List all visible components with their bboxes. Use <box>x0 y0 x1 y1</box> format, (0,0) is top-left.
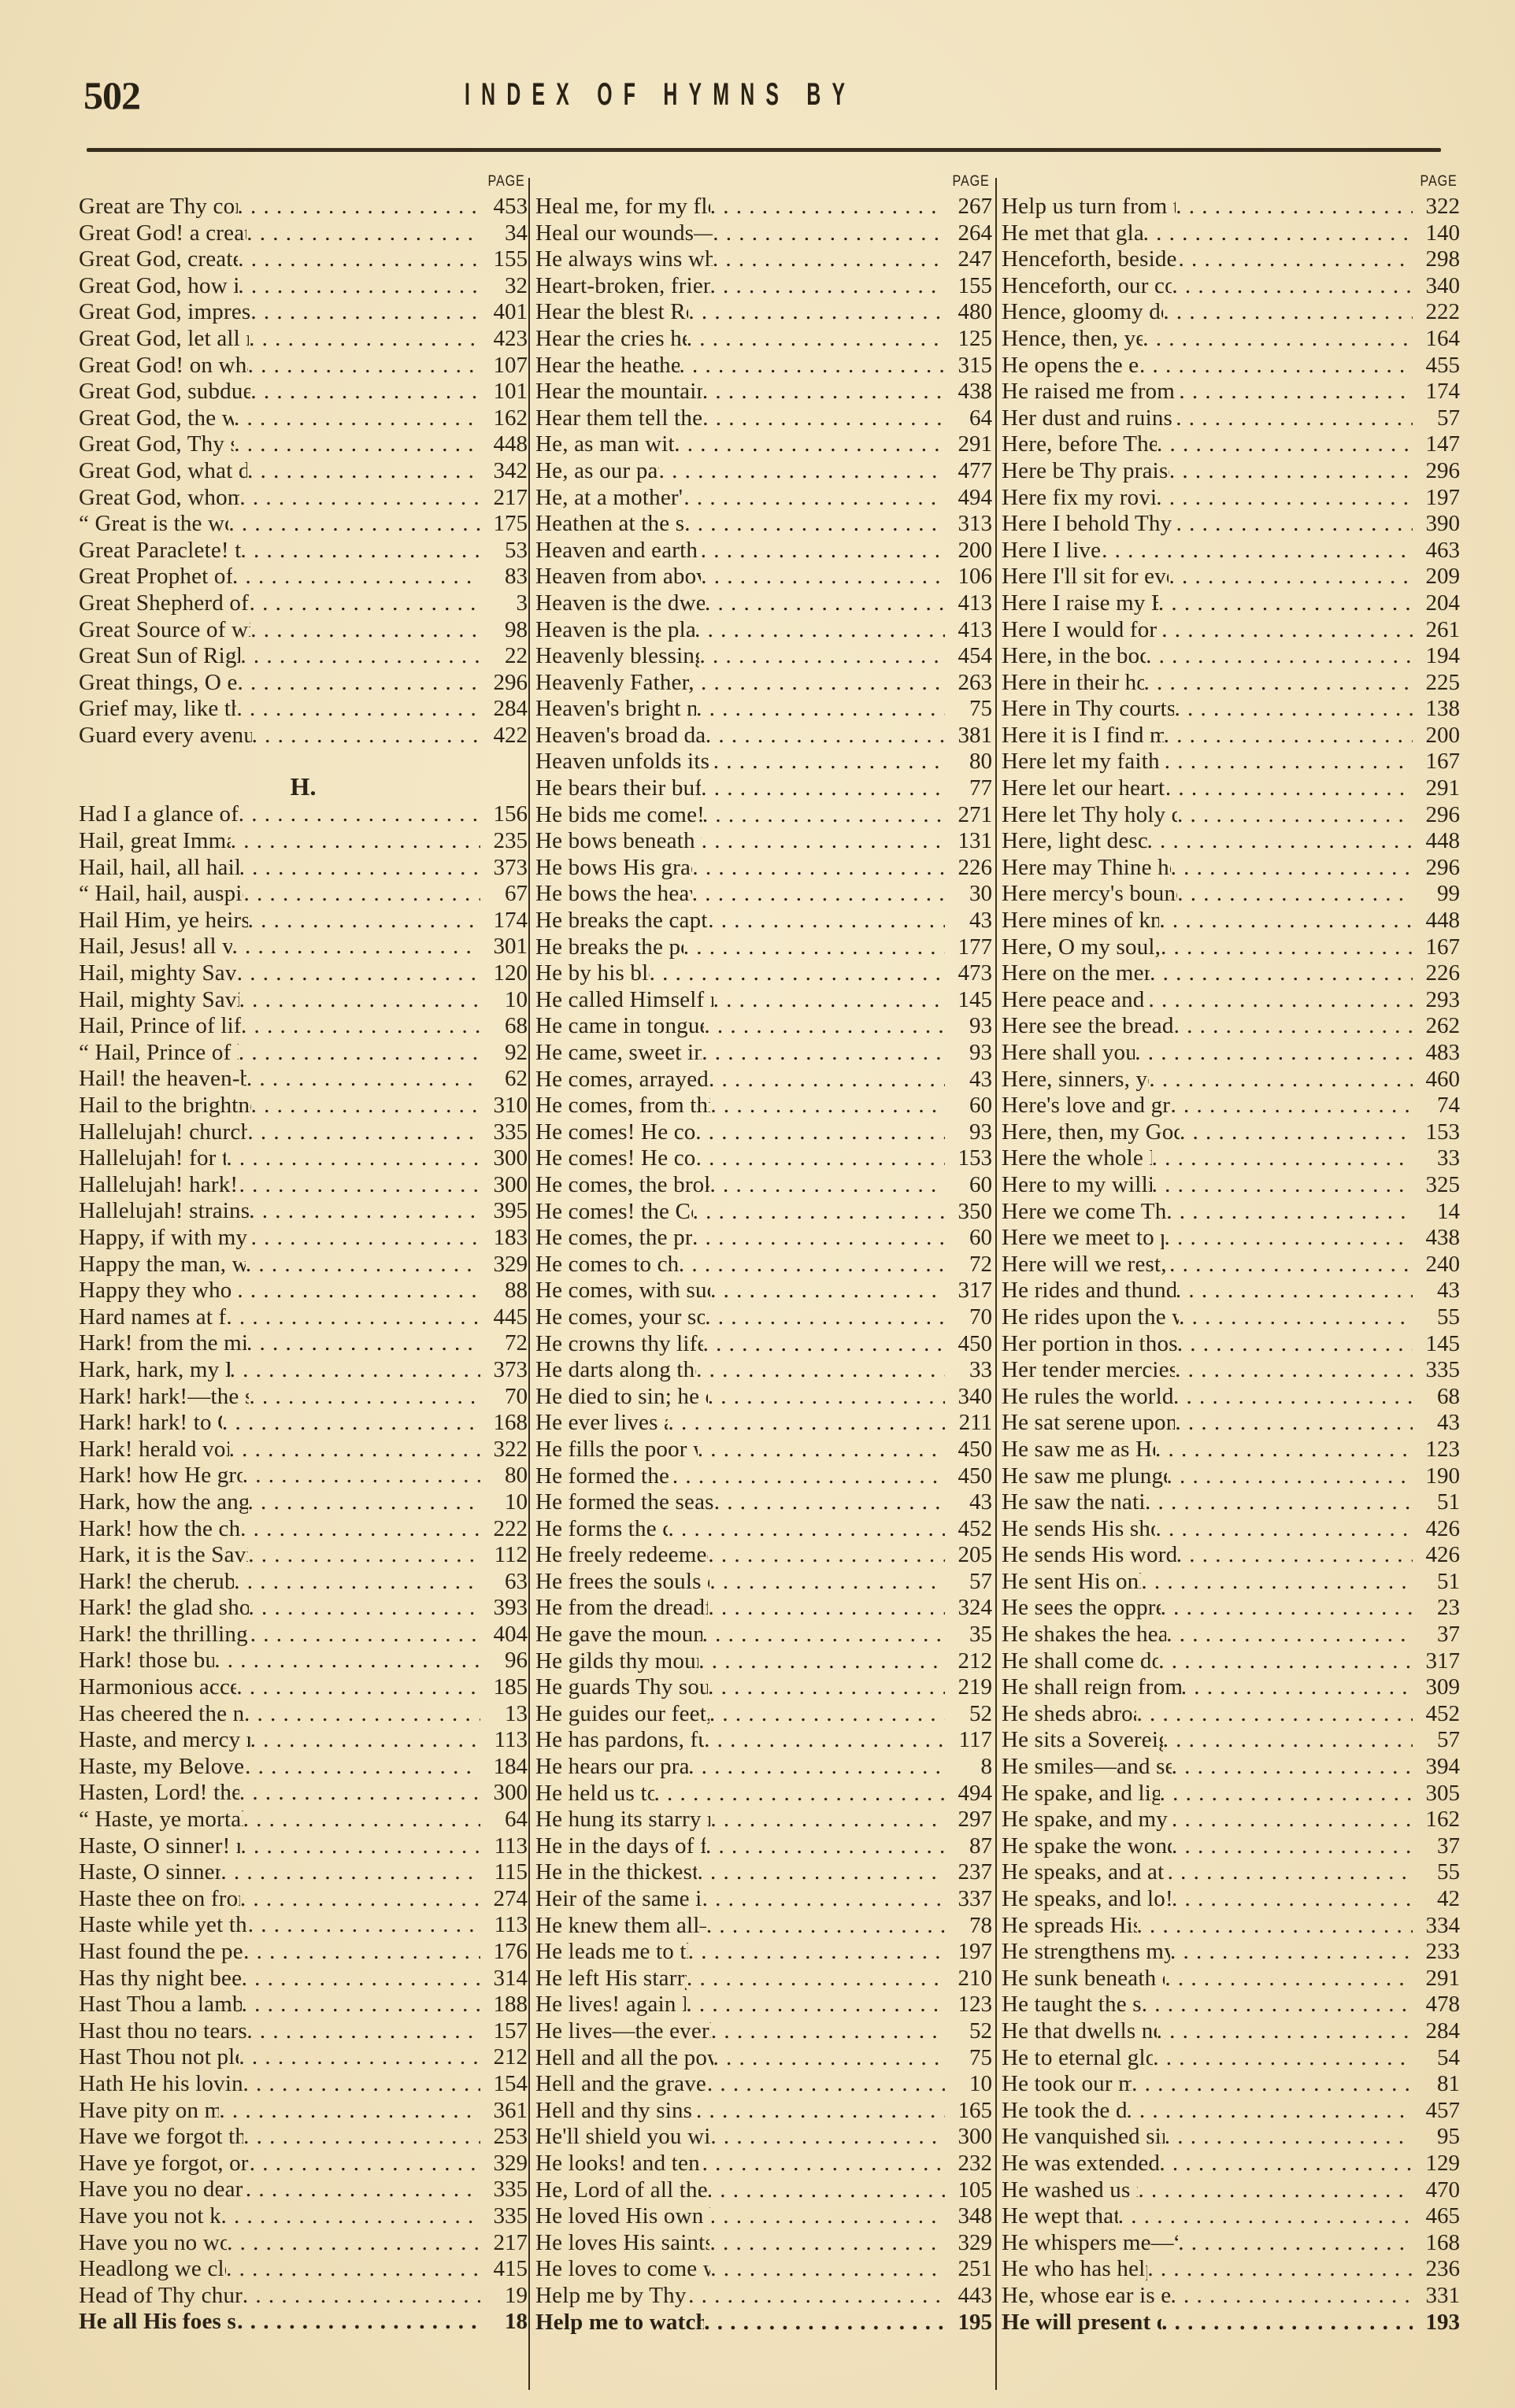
page-reference: 43 <box>1413 1278 1460 1304</box>
page-reference: 80 <box>945 749 992 775</box>
dot-leader <box>683 485 945 512</box>
hymn-first-line: Hear the mountain streamlet <box>535 379 702 405</box>
page-reference: 51 <box>1413 1569 1460 1596</box>
hymn-first-line: He who has helped me <box>1002 2256 1147 2283</box>
dot-leader <box>696 2098 945 2125</box>
hymn-first-line: Hark! how the choirs above <box>79 1516 240 1543</box>
dot-leader <box>713 987 945 1014</box>
hymn-first-line: Here I would for ever stay <box>1002 617 1161 644</box>
page-reference: 14 <box>1413 1199 1460 1226</box>
dot-leader <box>1169 458 1413 485</box>
dot-leader <box>1170 1939 1413 1966</box>
index-entry: He left His starry crown210 <box>535 1966 992 1992</box>
index-entry: Happy they who never rest88 <box>79 1278 528 1304</box>
page-reference: 3 <box>480 590 528 617</box>
dot-leader <box>710 2256 945 2283</box>
dot-leader <box>238 194 481 220</box>
page-reference: 34 <box>480 220 528 247</box>
hymn-first-line: Here, in the body pent <box>1002 643 1146 670</box>
dot-leader <box>1176 194 1413 220</box>
index-entry: “ Great is the work,” my175 <box>79 511 528 538</box>
dot-leader <box>692 881 945 908</box>
dot-leader <box>1174 696 1413 723</box>
page-reference: 55 <box>1413 1304 1460 1331</box>
dot-leader <box>1172 1754 1413 1781</box>
page-reference: 8 <box>945 1754 992 1781</box>
dot-leader <box>248 908 480 934</box>
hymn-first-line: Hear them tell the wondrous <box>535 405 702 432</box>
hymn-first-line: Have ye forgot, or never knew <box>79 2151 250 2177</box>
hymn-first-line: He, Lord of all the worlds on. <box>535 2177 707 2204</box>
hymn-first-line: Have you no words? Ah <box>79 2230 227 2257</box>
page-reference: 107 <box>480 353 528 379</box>
dot-leader <box>709 1172 945 1199</box>
index-entry: He sends His showers of426 <box>1002 1516 1460 1543</box>
dot-leader <box>1102 538 1413 564</box>
page-reference: 261 <box>1413 617 1460 644</box>
dot-leader <box>710 1093 945 1119</box>
index-entry: He always wins who sides with247 <box>535 246 992 273</box>
index-entry: Haste, and mercy now implore113 <box>79 1727 528 1754</box>
hymn-first-line: Help me to watch and pray <box>535 2310 704 2336</box>
page-reference: 62 <box>480 1066 528 1093</box>
page-reference: 477 <box>945 458 992 485</box>
page-reference: 445 <box>480 1304 528 1331</box>
dot-leader <box>243 1807 480 1833</box>
dot-leader <box>234 431 480 458</box>
hymn-first-line: He met that glance so <box>1002 220 1143 247</box>
hymn-first-line: He comes, arrayed in burning. <box>535 1067 709 1093</box>
page-reference: 448 <box>480 431 528 458</box>
dot-leader <box>680 353 945 379</box>
index-entry: He, as man with man291 <box>535 431 992 458</box>
dot-leader <box>1138 2177 1413 2204</box>
dot-leader <box>668 1410 945 1437</box>
page-reference: 329 <box>480 2151 528 2177</box>
page-reference: 23 <box>1413 1595 1460 1622</box>
page-reference: 18 <box>480 2309 528 2336</box>
hymn-first-line: Here let my faith unshaken <box>1002 749 1165 775</box>
index-entry: He sat serene upon the floods.43 <box>1002 1410 1460 1437</box>
hymn-first-line: Have you not known a <box>79 2203 220 2230</box>
index-entry: He guards Thy soul, He keeps219 <box>535 1674 992 1701</box>
index-entry: He spake, and light shone305 <box>1002 1781 1460 1807</box>
dot-leader <box>672 1463 945 1490</box>
dot-leader <box>1172 1886 1413 1913</box>
hymn-first-line: He formed the seas, and formed <box>535 1489 714 1516</box>
page-reference: 10 <box>480 987 528 1014</box>
dot-leader <box>1174 1013 1413 1040</box>
dot-leader <box>709 1569 945 1596</box>
dot-leader <box>1141 1569 1413 1596</box>
dot-leader <box>239 855 480 882</box>
dot-leader <box>1178 2230 1413 2257</box>
index-entry: He who has helped me236 <box>1002 2256 1460 2283</box>
index-entry: He gave the mountains birth35 <box>535 1622 992 1648</box>
dot-leader <box>707 2177 945 2204</box>
hymn-first-line: He, as man with man <box>535 431 674 458</box>
index-entry: He saw me plunged in deep190 <box>1002 1463 1460 1490</box>
page-reference: 329 <box>480 1252 528 1278</box>
page-reference: 284 <box>480 696 528 723</box>
index-entry: Hark! hark!—the sound draws70 <box>79 1384 528 1411</box>
page-reference: 300 <box>480 1172 528 1199</box>
hymn-first-line: Head of Thy church beneath <box>79 2283 243 2310</box>
page-reference: 222 <box>480 1516 528 1543</box>
hymn-first-line: Hast thou no tears, like those. <box>79 2018 246 2045</box>
hymn-first-line: Great are Thy consolations <box>79 194 238 220</box>
dot-leader <box>1177 1331 1413 1358</box>
index-entry: He darts along the burning33 <box>535 1357 992 1384</box>
dot-leader <box>702 1040 945 1067</box>
page-reference: 67 <box>480 881 528 908</box>
hymn-first-line: Hark! those bursts of <box>79 1648 214 1674</box>
page-reference: 95 <box>1413 2124 1460 2151</box>
page-reference: 483 <box>1413 1040 1460 1067</box>
hymn-first-line: Hard names at first, and <box>79 1304 226 1331</box>
index-entry: Help us turn from the cavil of.322 <box>1002 194 1460 220</box>
index-entry: He held us to his494 <box>535 1781 992 1807</box>
hymn-first-line: He all His foes shall quell <box>79 2309 237 2336</box>
index-entry: He comes! the Conqueror350 <box>535 1199 992 1226</box>
page-reference: 87 <box>945 1833 992 1860</box>
dot-leader <box>713 2045 945 2072</box>
dot-leader <box>1164 723 1413 749</box>
page-reference: 43 <box>945 1067 992 1093</box>
index-entry: Henceforth, our conversation340 <box>1002 273 1460 300</box>
dot-leader <box>702 1622 945 1648</box>
dot-leader <box>701 564 945 590</box>
dot-leader <box>1169 564 1413 590</box>
index-entry: He leads me to the place197 <box>535 1939 992 1966</box>
index-entry: He breaks the power of177 <box>535 934 992 961</box>
index-entry: He in the thickest darkness237 <box>535 1859 992 1886</box>
dot-leader <box>1144 670 1413 697</box>
dot-leader <box>250 379 480 405</box>
page-reference: 291 <box>945 431 992 458</box>
index-entry: “ Hail, hail, auspicious morn67 <box>79 881 528 908</box>
index-entry: Haste thee on from grace to274 <box>79 1886 528 1913</box>
index-entry: He strengthens my spirit, He233 <box>1002 1939 1460 1966</box>
page-reference: 174 <box>480 908 528 934</box>
dot-leader <box>243 2071 480 2098</box>
hymn-first-line: He hears our praises and <box>535 1754 688 1781</box>
index-entry: He breaks the captive's heavy.43 <box>535 908 992 934</box>
dot-leader <box>695 1119 945 1146</box>
dot-leader <box>251 1225 480 1252</box>
page-reference: 93 <box>945 1013 992 1040</box>
dot-leader <box>1179 1304 1413 1331</box>
index-entry: Hark! hark! to God the168 <box>79 1410 528 1437</box>
dot-leader <box>250 299 480 326</box>
index-entry: He wept that we465 <box>1002 2203 1460 2230</box>
dot-leader <box>696 696 945 723</box>
page-reference: 174 <box>1413 379 1460 405</box>
hymn-first-line: Here mines of knowledge <box>1002 908 1159 934</box>
index-entry: He will present our souls193 <box>1002 2310 1460 2336</box>
index-entry: He loved His own bright, deep348 <box>535 2203 992 2230</box>
index-entry: He that dwells near Thee284 <box>1002 2018 1460 2045</box>
hymn-first-line: Have we forgot the almighty <box>79 2124 243 2151</box>
index-entry: Here be Thy praise devoutly296 <box>1002 458 1460 485</box>
dot-leader <box>1179 246 1413 273</box>
page-reference: 448 <box>1413 908 1460 934</box>
page-reference: 394 <box>1413 1754 1460 1781</box>
dot-leader <box>710 273 945 300</box>
page-reference: 448 <box>1413 828 1460 855</box>
index-entry: Hail, mighty Saviour! Hail120 <box>79 960 528 987</box>
index-entry: Here shall you taste483 <box>1002 1040 1460 1067</box>
page-reference: 57 <box>945 1569 992 1596</box>
hymn-first-line: He forms the carnal <box>535 1516 668 1543</box>
index-entry: Happy, if with my latest breath183 <box>79 1225 528 1252</box>
hymn-first-line: He saw the nations lie <box>1002 1489 1145 1516</box>
dot-leader <box>240 643 480 670</box>
dot-leader <box>702 802 945 829</box>
page-reference: 247 <box>945 246 992 273</box>
page-reference: 112 <box>480 1542 528 1569</box>
index-entry: Haste while yet thou canst be.113 <box>79 1912 528 1939</box>
index-entry: Great Paraclete! to Thee we53 <box>79 538 528 564</box>
hymn-first-line: Hark, how the angels sweetly. <box>79 1489 248 1516</box>
index-entry: Here I behold Thy distant face390 <box>1002 511 1460 538</box>
page-reference: 68 <box>480 1013 528 1040</box>
index-entry: Have you no dear ones round335 <box>79 2177 528 2203</box>
dot-leader <box>1181 1674 1413 1701</box>
hymn-first-line: Great God, how infinite art <box>79 273 238 300</box>
page-reference: 70 <box>945 1304 992 1331</box>
dot-leader <box>249 1595 480 1622</box>
index-entry: Here we meet to part again438 <box>1002 1225 1460 1252</box>
page-reference: 176 <box>480 1939 528 1966</box>
dot-leader <box>250 1622 480 1648</box>
page-reference: 77 <box>945 775 992 802</box>
hymn-first-line: Great God, impress the serious <box>79 299 250 326</box>
page-reference: 64 <box>945 405 992 432</box>
hymn-first-line: Heaven and earth must pass <box>535 538 701 564</box>
index-entry: Grief may, like the pilgrim284 <box>79 696 528 723</box>
hymn-first-line: He bids me come! His voice <box>535 802 702 829</box>
index-entry: He sees the oppressor and23 <box>1002 1595 1460 1622</box>
hymn-first-line: He fills the poor with good <box>535 1437 698 1463</box>
page-reference: 35 <box>945 1622 992 1648</box>
dot-leader <box>692 1225 945 1252</box>
index-entry: He speaks, and lo! all nature.42 <box>1002 1886 1460 1913</box>
dot-leader <box>1159 908 1413 934</box>
page-reference: 340 <box>1413 273 1460 300</box>
page-reference: 22 <box>480 643 528 670</box>
hymn-first-line: Heaven is the place where <box>535 617 695 644</box>
dot-leader <box>1164 1225 1413 1252</box>
page-reference: 93 <box>945 1040 992 1067</box>
page-reference: 165 <box>945 2098 992 2125</box>
index-entry: Heaven from above His call106 <box>535 564 992 590</box>
index-entry: He guides our feet, He guards.52 <box>535 1701 992 1728</box>
page-reference: 373 <box>480 1357 528 1384</box>
page-reference: 422 <box>480 723 528 749</box>
dot-leader <box>654 1781 945 1807</box>
dot-leader <box>251 1093 480 1119</box>
dot-leader <box>244 1701 480 1728</box>
hymn-first-line: Hell and all the powers infernal <box>535 2045 713 2072</box>
index-entry: Her portion in those realms of.145 <box>1002 1331 1460 1358</box>
dot-leader <box>706 1913 945 1940</box>
hymn-first-line: Here fix my roving heart <box>1002 485 1156 512</box>
dot-leader <box>703 1331 945 1358</box>
index-entry: Here, in the body pent194 <box>1002 643 1460 670</box>
dot-leader <box>1165 749 1413 775</box>
dot-leader <box>241 1013 480 1040</box>
hymn-first-line: He comes, from thickest films. <box>535 1093 710 1119</box>
dot-leader <box>239 1780 480 1807</box>
dot-leader <box>1166 1622 1413 1648</box>
hymn-first-line: He washed us in His <box>1002 2177 1138 2204</box>
page-reference: 423 <box>480 326 528 353</box>
dot-leader <box>243 2124 480 2151</box>
page-reference: 175 <box>480 511 528 538</box>
dot-leader <box>239 987 480 1014</box>
hymn-first-line: Hear the blest Redeemer <box>535 299 688 326</box>
page-reference: 54 <box>1413 2045 1460 2072</box>
hymn-first-line: He bows His gracious ear <box>535 855 692 882</box>
dot-leader <box>1161 2310 1413 2336</box>
index-entry: He bids me come! His voice271 <box>535 802 992 829</box>
dot-leader <box>237 670 480 697</box>
page-reference: 10 <box>480 1489 528 1516</box>
dot-leader <box>1168 1859 1413 1886</box>
hymn-first-line: Here mercy's boundless ocean. <box>1002 881 1177 908</box>
page-reference: 177 <box>945 934 992 961</box>
dot-leader <box>239 485 480 512</box>
hymn-first-line: He whispers me—“ I'm wholly <box>1002 2230 1178 2257</box>
hymn-first-line: He comes, your souls to save <box>535 1304 705 1331</box>
page-reference: 334 <box>1413 1913 1460 1940</box>
index-entry: He shall come down, like317 <box>1002 1648 1460 1675</box>
hymn-first-line: “ Haste, ye mortals, to adore <box>79 1807 243 1833</box>
index-entry: Have pity on my fears361 <box>79 2098 528 2125</box>
dot-leader <box>247 1119 480 1146</box>
page-reference: 43 <box>945 1489 992 1516</box>
index-entry: Hallelujah! strains of gladness395 <box>79 1198 528 1225</box>
page-reference: 33 <box>945 1357 992 1384</box>
dot-leader <box>1177 802 1413 829</box>
dot-leader <box>1176 405 1413 432</box>
hymn-first-line: Here we meet to part again <box>1002 1225 1164 1252</box>
index-entry: Here, light descending448 <box>1002 828 1460 855</box>
page-reference: 381 <box>945 723 992 749</box>
index-entry: Hail, great Immanuel, all235 <box>79 828 528 855</box>
index-entry: He formed the seas, and formed43 <box>535 1489 992 1516</box>
index-entry: Have you no words? Ah217 <box>79 2230 528 2257</box>
hymn-first-line: Hark! from the midnight hills <box>79 1330 246 1357</box>
index-entry: Great Sun of Righteousness22 <box>79 643 528 670</box>
dot-leader <box>246 220 480 247</box>
dot-leader <box>226 1304 480 1331</box>
page-reference: 348 <box>945 2203 992 2230</box>
index-entry: Hark, it is the Saviour's voice.112 <box>79 1542 528 1569</box>
hymn-first-line: Here let our hearts begin to <box>1002 775 1165 802</box>
page-reference: 317 <box>945 1278 992 1304</box>
page-reference: 296 <box>1413 458 1460 485</box>
index-entry: Hasten, Lord! the promised300 <box>79 1780 528 1807</box>
page-reference: 450 <box>945 1463 992 1490</box>
hymn-first-line: Here let Thy holy days be kept <box>1002 802 1177 829</box>
dot-leader <box>701 538 945 564</box>
index-entry: He bows beneath the sins of131 <box>535 828 992 855</box>
page-reference: 197 <box>1413 485 1460 512</box>
dot-leader <box>668 1516 945 1543</box>
page-reference: 390 <box>1413 511 1460 538</box>
hymn-first-line: He took our mortal <box>1002 2071 1132 2098</box>
index-entry: He opens the eyes of455 <box>1002 353 1460 379</box>
dot-leader <box>1147 828 1413 855</box>
index-entry: Hence, then, ye black164 <box>1002 326 1460 353</box>
dot-leader <box>714 1489 945 1516</box>
page-reference: 335 <box>480 2203 528 2230</box>
dot-leader <box>238 246 480 273</box>
page-reference: 75 <box>945 2045 992 2072</box>
index-entry: Great Shepherd of Thy chosen3 <box>79 590 528 617</box>
hymn-first-line: He sits a Sovereign on His <box>1002 1727 1163 1754</box>
hymn-first-line: Here, O my soul, thy trust <box>1002 934 1161 961</box>
page-reference: 219 <box>945 1674 992 1701</box>
page-reference: 217 <box>480 2230 528 2257</box>
page-reference: 438 <box>1413 1225 1460 1252</box>
hymn-first-line: He took the dying <box>1002 2098 1126 2125</box>
hymn-first-line: He sent His only Son <box>1002 1569 1141 1596</box>
dot-leader <box>240 1886 480 1913</box>
hymn-first-line: Here in Thy courts I leave my <box>1002 696 1174 723</box>
hymn-first-line: Hark! hark! to God the <box>79 1410 222 1437</box>
index-entry: Hast Thou not pledged Thy212 <box>79 2044 528 2071</box>
dot-leader <box>711 2018 945 2045</box>
index-entry: Hail, hail, all hail, yè blood373 <box>79 855 528 882</box>
dot-leader <box>1156 485 1413 512</box>
hymn-first-line: He freely redeemed, with His. <box>535 1542 708 1569</box>
index-entry: He sits a Sovereign on His57 <box>1002 1727 1460 1754</box>
hymn-first-line: Here, before Thee, fallen <box>1002 431 1157 458</box>
dot-leader <box>229 1437 480 1463</box>
hymn-first-line: “ Hail, Prince of life!” they <box>79 1040 239 1067</box>
hymn-first-line: Hark! herald voices near <box>79 1437 229 1463</box>
page-reference: 32 <box>480 273 528 300</box>
page-reference: 185 <box>480 1674 528 1701</box>
page-reference: 164 <box>1413 326 1460 353</box>
index-entry: Here in Thy courts I leave my138 <box>1002 696 1460 723</box>
hymn-first-line: Heavenly Father, life divine <box>535 670 701 697</box>
hymn-first-line: He bows the heavens; the <box>535 881 692 908</box>
dot-leader <box>246 2177 480 2203</box>
page-reference: 413 <box>945 590 992 617</box>
hymn-first-line: Had I a glance of Thee, my <box>79 801 239 828</box>
page-reference: 233 <box>1413 1939 1460 1966</box>
hymn-first-line: He loves to come when others. <box>535 2256 710 2283</box>
hymn-first-line: Here shall you taste <box>1002 1040 1135 1067</box>
page-reference: 212 <box>945 1648 992 1675</box>
page-reference: 205 <box>945 1542 992 1569</box>
hymn-first-line: He raised me from the deeps of <box>1002 379 1179 405</box>
hymn-first-line: Here we come Thy name to <box>1002 1199 1166 1226</box>
hymn-first-line: He shakes the heavens with <box>1002 1622 1166 1648</box>
dot-leader <box>1171 855 1413 882</box>
hymn-first-line: He smiles—and seraphs tune <box>1002 1754 1172 1781</box>
hymn-first-line: He sat serene upon the floods. <box>1002 1410 1175 1437</box>
dot-leader <box>710 194 945 220</box>
page-reference: 78 <box>945 1913 992 1940</box>
hymn-first-line: He comes, with succor speedy. <box>535 1278 710 1304</box>
index-entry: He comes to cheer the72 <box>535 1252 992 1278</box>
page-reference: 51 <box>1413 1489 1460 1516</box>
